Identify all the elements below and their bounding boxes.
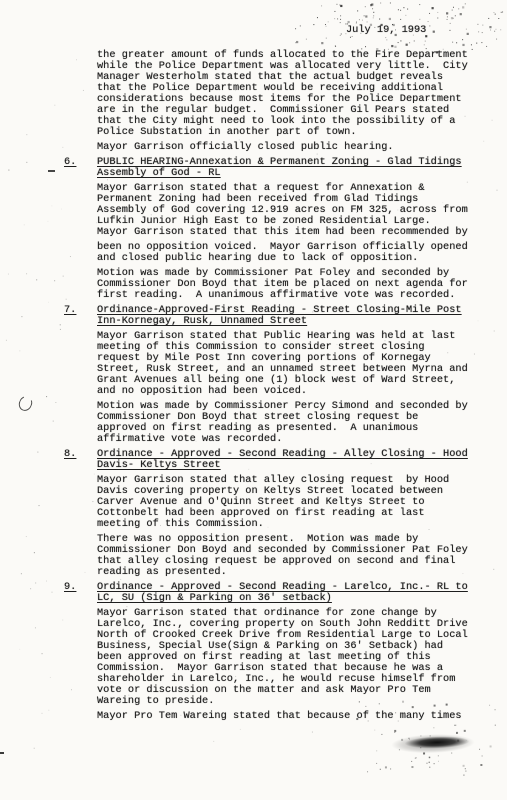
item-paragraph: There was no opposition present. Motion … [97, 534, 480, 578]
item-heading: Ordinance-Approved-First Reading - Stree… [97, 305, 480, 327]
scanned-minutes-page: July 19, 1993 the greater amount of fund… [0, 0, 507, 800]
item-paragraph: Mayor Pro Tem Wareing stated that becaus… [97, 711, 480, 722]
intro-paragraph: the greater amount of funds allocated to… [97, 50, 480, 138]
item-number: 9. [64, 582, 97, 726]
agenda-item-8: 8. Ordinance - Approved - Second Reading… [0, 449, 507, 582]
item-paragraph: Mayor Garrison stated that alley closing… [97, 475, 480, 530]
item-paragraph: been no opposition voiced. Mayor Garriso… [97, 242, 480, 264]
item-number: 7. [64, 305, 97, 449]
item-paragraph: Motion was made by Commissioner Percy Si… [97, 401, 480, 445]
intro-block: the greater amount of funds allocated to… [97, 50, 480, 153]
item-paragraph: Motion was made by Commissioner Pat Fole… [97, 268, 480, 301]
ink-smudge [383, 727, 488, 759]
item-paragraph: Mayor Garrison stated that Public Hearin… [97, 331, 480, 397]
agenda-item-9: 9. Ordinance - Approved - Second Reading… [0, 582, 507, 726]
item-content: Ordinance-Approved-First Reading - Stree… [97, 305, 480, 449]
item-paragraph: Mayor Garrison stated that a request for… [97, 183, 480, 238]
item-number: 6. [64, 157, 97, 305]
item-content: PUBLIC HEARING-Annexation & Permanent Zo… [97, 157, 480, 305]
item-content: Ordinance - Approved - Second Reading - … [97, 449, 480, 582]
agenda-item-7: 7. Ordinance-Approved-First Reading - St… [0, 305, 507, 449]
item-paragraph: Mayor Garrison stated that ordinance for… [97, 608, 480, 707]
intro-paragraph: Mayor Garrison officially closed public … [97, 142, 480, 153]
scan-edge-mark [0, 752, 4, 754]
document-body: the greater amount of funds allocated to… [0, 50, 507, 726]
item-number: 8. [64, 449, 97, 582]
agenda-item-6: 6. PUBLIC HEARING-Annexation & Permanent… [0, 157, 507, 305]
item-heading: PUBLIC HEARING-Annexation & Permanent Zo… [97, 157, 480, 179]
ink-smudge-drips [428, 756, 431, 770]
item-heading: Ordinance - Approved - Second Reading - … [97, 449, 480, 471]
scan-noise-speckles [0, 0, 1, 1]
item-content: Ordinance - Approved - Second Reading - … [97, 582, 480, 726]
item-heading: Ordinance - Approved - Second Reading - … [97, 582, 480, 604]
date-stamp: July 19, 1993 [346, 25, 426, 36]
